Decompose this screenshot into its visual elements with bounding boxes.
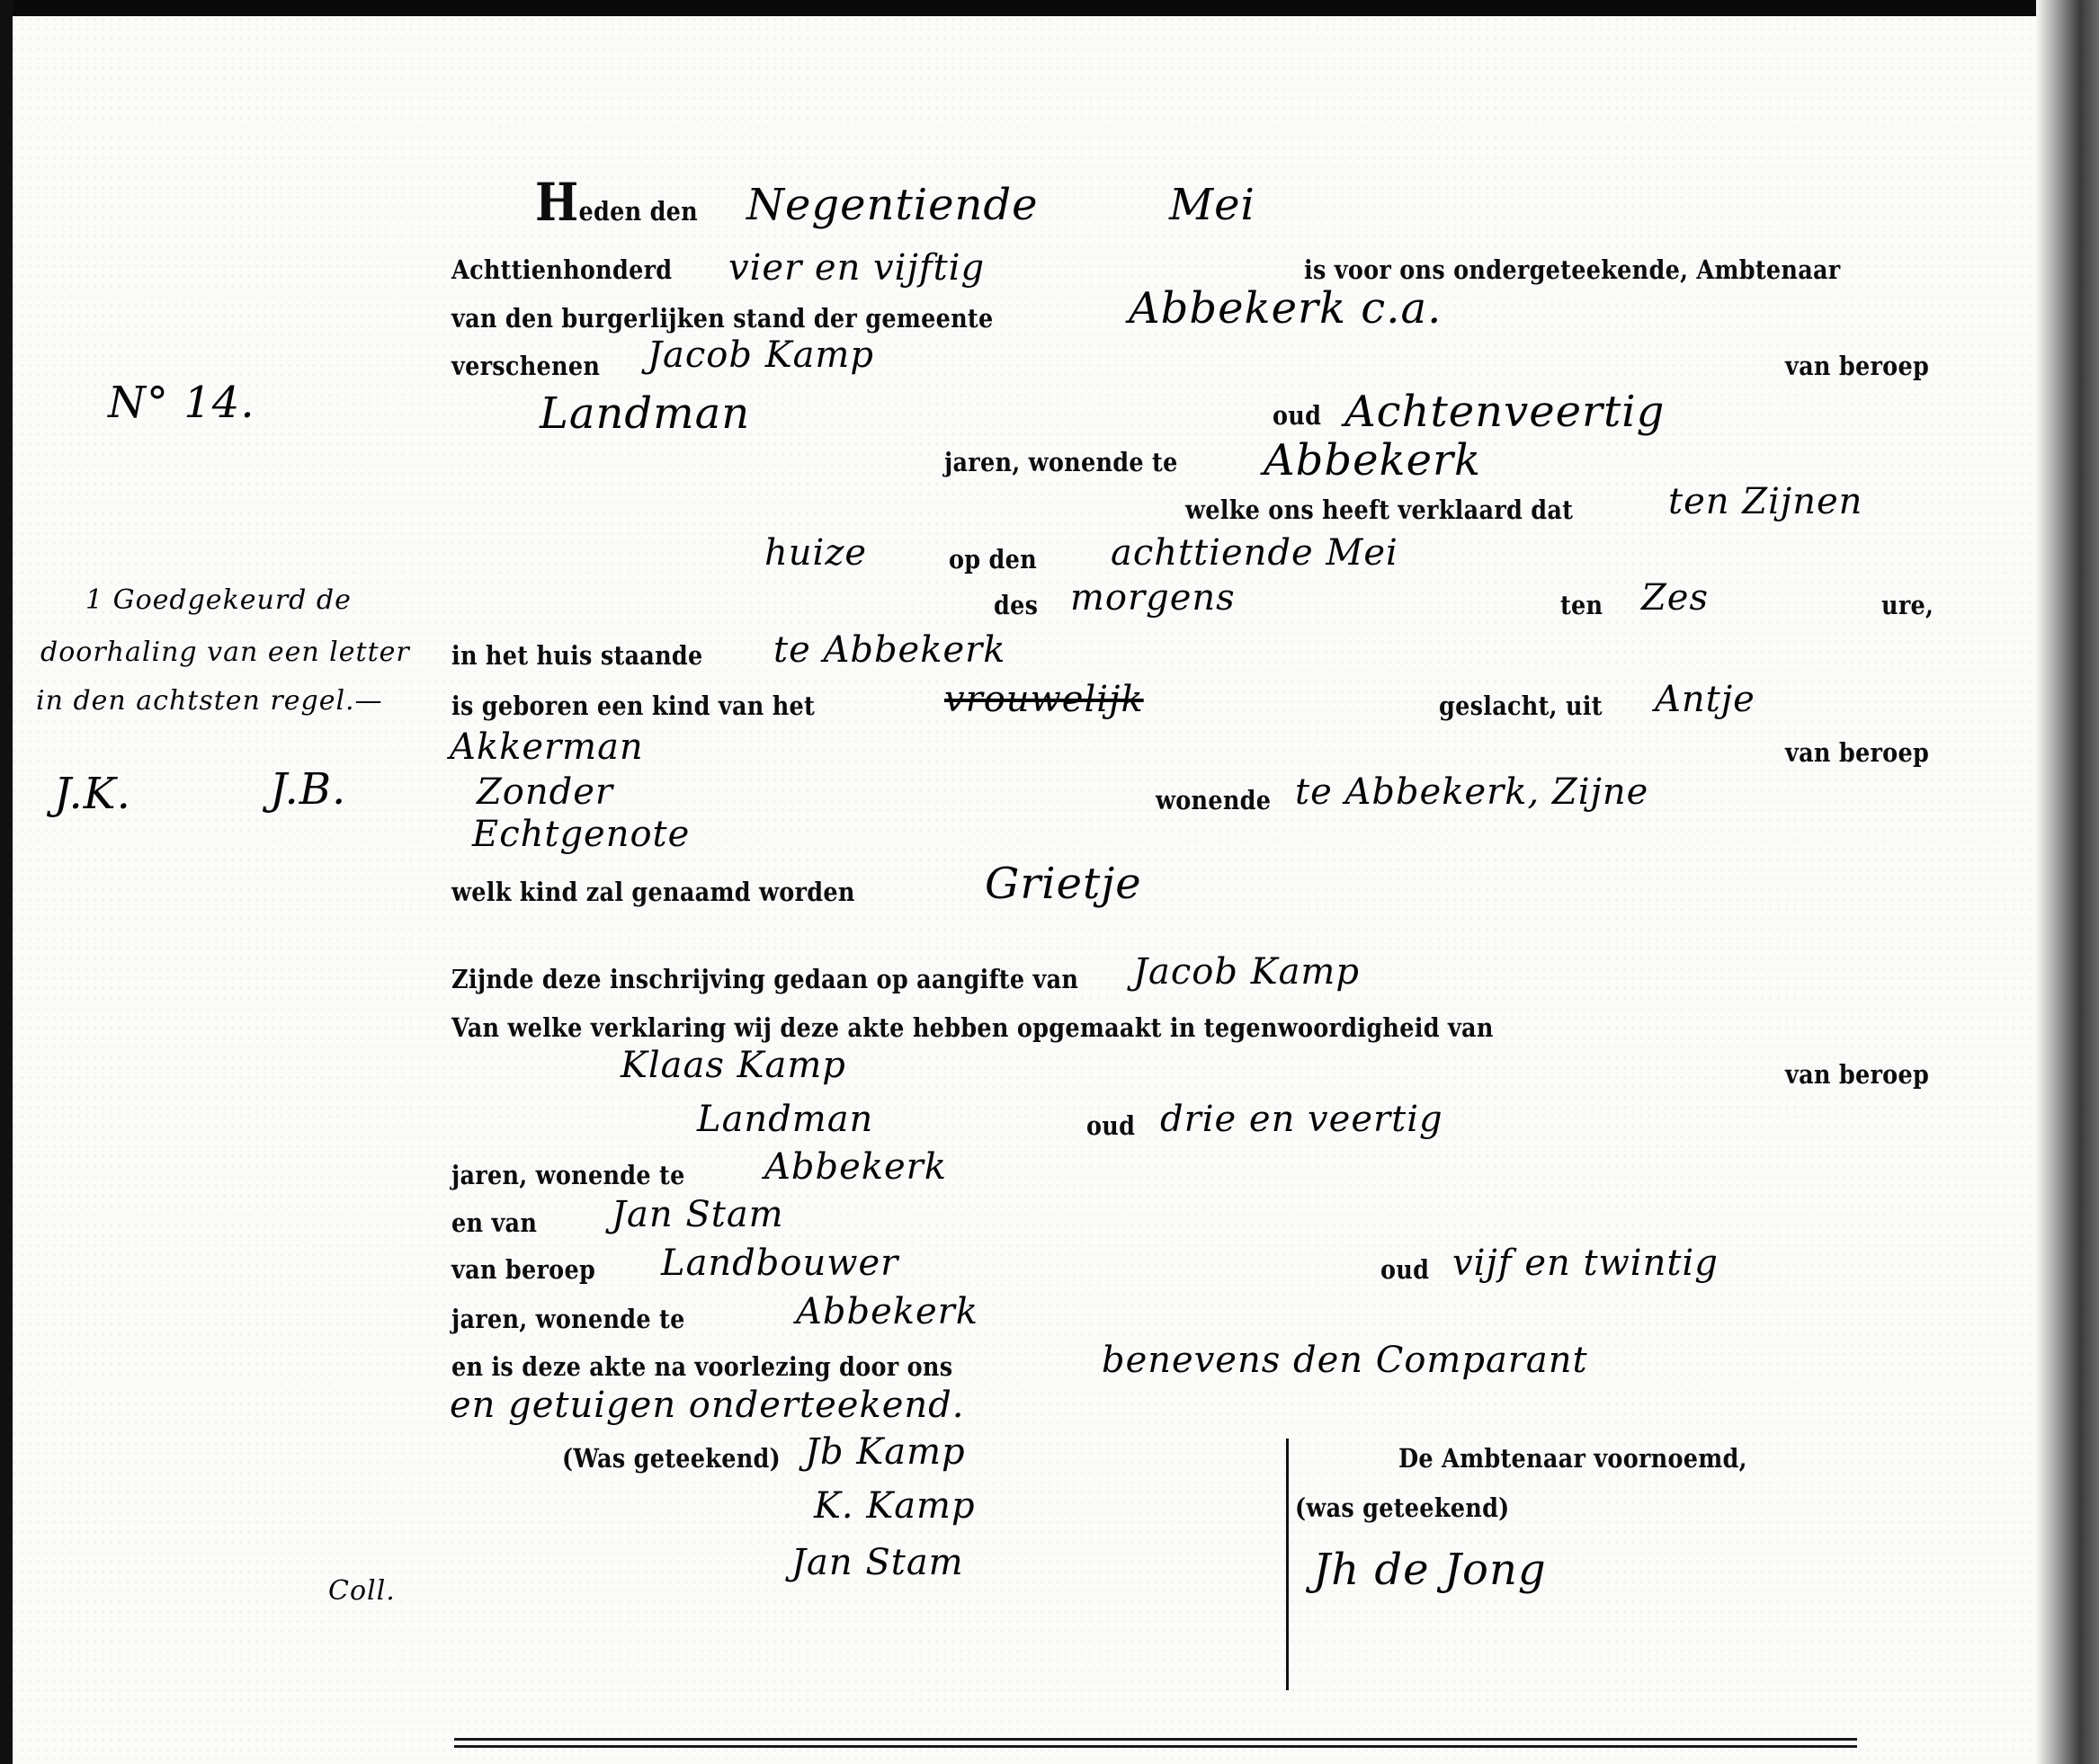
printed-zijnde: Zijnde deze inschrijving gedaan op aangi…: [451, 964, 1078, 994]
hw-mother-first: Antje: [1655, 679, 1755, 720]
printed-en-van: en van: [451, 1207, 537, 1238]
hw-declared-intro: ten Zijnen: [1668, 481, 1862, 522]
hw-sex: vrouwelijk: [944, 679, 1144, 720]
printed-van-welke: Van welke verklaring wij deze akte hebbe…: [451, 1012, 1494, 1043]
printed-ure: ure,: [1881, 590, 1934, 620]
hw-informant: Jacob Kamp: [1133, 951, 1360, 993]
margin-note-line1: 1 Goedgekeurd de: [85, 584, 352, 616]
hw-witness2-age: vijf en twintig: [1452, 1243, 1719, 1284]
hw-year: vier en vijftig: [728, 247, 985, 289]
signature-official: Jh de Jong: [1313, 1545, 1547, 1595]
hw-month: Mei: [1169, 180, 1255, 230]
printed-ambtenaar-voornoemd: De Ambtenaar voornoemd,: [1398, 1443, 1747, 1474]
bottom-rule-top: [454, 1738, 1857, 1741]
printed-verschenen: verschenen: [451, 351, 600, 381]
printed-jaren-wonende-2: jaren, wonende te: [451, 1160, 685, 1190]
hw-declarant-name: Jacob Kamp: [648, 334, 874, 376]
margin-note-line2: doorhaling van een letter: [40, 637, 410, 668]
hw-mother-occupation: Zonder: [477, 771, 613, 813]
printed-van-beroep-4: van beroep: [451, 1254, 595, 1285]
hw-declared-cont: huize: [764, 532, 867, 574]
printed-geslacht-uit: geslacht, uit: [1439, 690, 1603, 721]
scan-page-edge: [2036, 0, 2099, 1764]
printed-wonende: wonende: [1156, 785, 1271, 815]
hw-declarant-age: Achtenveertig: [1344, 387, 1665, 437]
printed-van-beroep-2: van beroep: [1785, 737, 1929, 768]
margin-initials-1: J.K.: [54, 769, 131, 819]
hw-child-name: Grietje: [985, 859, 1142, 909]
hw-mother-last: Akkerman: [450, 726, 644, 768]
printed-oud-3: oud: [1380, 1254, 1429, 1285]
printed-heden: Heden den: [535, 176, 698, 228]
hw-witness2-residence: Abbekerk: [796, 1291, 978, 1332]
printed-van-beroep-3: van beroep: [1785, 1059, 1929, 1090]
printed-en-is-deze: en is deze akte na voorlezing door ons: [451, 1351, 952, 1382]
register-number: N° 14.: [108, 378, 255, 428]
printed-ten: ten: [1560, 590, 1603, 620]
hw-signing-clause-1: benevens den Comparant: [1102, 1340, 1588, 1381]
hw-birth-place: te Abbekerk: [773, 629, 1006, 671]
signature-witness1: K. Kamp: [814, 1485, 976, 1527]
hw-witness2-occupation: Landbouwer: [661, 1243, 898, 1284]
printed-jaren-wonende-1: jaren, wonende te: [944, 447, 1178, 477]
hw-witness2-name: Jan Stam: [612, 1194, 784, 1235]
printed-is-voor-ons: is voor ons ondergeteekende, Ambtenaar: [1304, 254, 1841, 285]
hw-mother-relation: Echtgenote: [472, 814, 690, 855]
signature-declarant: Jb Kamp: [805, 1431, 966, 1473]
printed-was-geteekend-2: (was geteekend): [1295, 1492, 1510, 1523]
printed-was-geteekend-1: (Was geteekend): [562, 1443, 781, 1474]
hw-witness1-age: drie en veertig: [1160, 1099, 1443, 1140]
hw-declarant-occupation: Landman: [540, 388, 750, 439]
printed-welke-ons: welke ons heeft verklaard dat: [1185, 494, 1573, 525]
printed-des: des: [994, 590, 1038, 620]
printed-achttienhonderd: Achttienhonderd: [451, 254, 672, 285]
hw-municipality: Abbekerk c.a.: [1129, 283, 1442, 334]
hw-declarant-residence: Abbekerk: [1264, 435, 1481, 486]
signature-divider: [1286, 1439, 1289, 1690]
hw-witness1-name: Klaas Kamp: [621, 1045, 846, 1086]
margin-note-line3: in den achtsten regel.—: [36, 685, 383, 717]
printed-oud-2: oud: [1086, 1110, 1135, 1141]
printed-oud-1: oud: [1273, 400, 1321, 431]
printed-is-geboren: is geboren een kind van het: [451, 690, 815, 721]
printed-van-beroep-1: van beroep: [1785, 351, 1929, 381]
scan-top-border: [0, 0, 2099, 16]
hw-time-of-day: morgens: [1070, 577, 1236, 619]
margin-initials-2: J.B.: [270, 764, 346, 815]
printed-in-het-huis: in het huis staande: [451, 640, 703, 671]
hw-birth-date: achttiende Mei: [1111, 532, 1398, 574]
printed-burgerlijken-stand: van den burgerlijken stand der gemeente: [451, 303, 993, 334]
printed-welk-kind: welk kind zal genaamd worden: [451, 877, 855, 907]
bottom-rule-bottom: [454, 1745, 1857, 1748]
signature-witness2: Jan Stam: [791, 1542, 964, 1583]
margin-collation: Coll.: [328, 1575, 396, 1607]
printed-jaren-wonende-3: jaren, wonende te: [451, 1304, 685, 1334]
hw-witness1-residence: Abbekerk: [764, 1146, 947, 1188]
printed-op-den: op den: [949, 544, 1037, 575]
hw-signing-clause-2: en getuigen onderteekend.: [450, 1385, 964, 1426]
scan-left-border: [0, 0, 13, 1764]
hw-mother-residence: te Abbekerk, Zijne: [1295, 771, 1648, 813]
hw-day: Negentiende: [746, 180, 1039, 230]
hw-witness1-occupation: Landman: [697, 1099, 873, 1140]
hw-hour: Zes: [1641, 577, 1709, 619]
